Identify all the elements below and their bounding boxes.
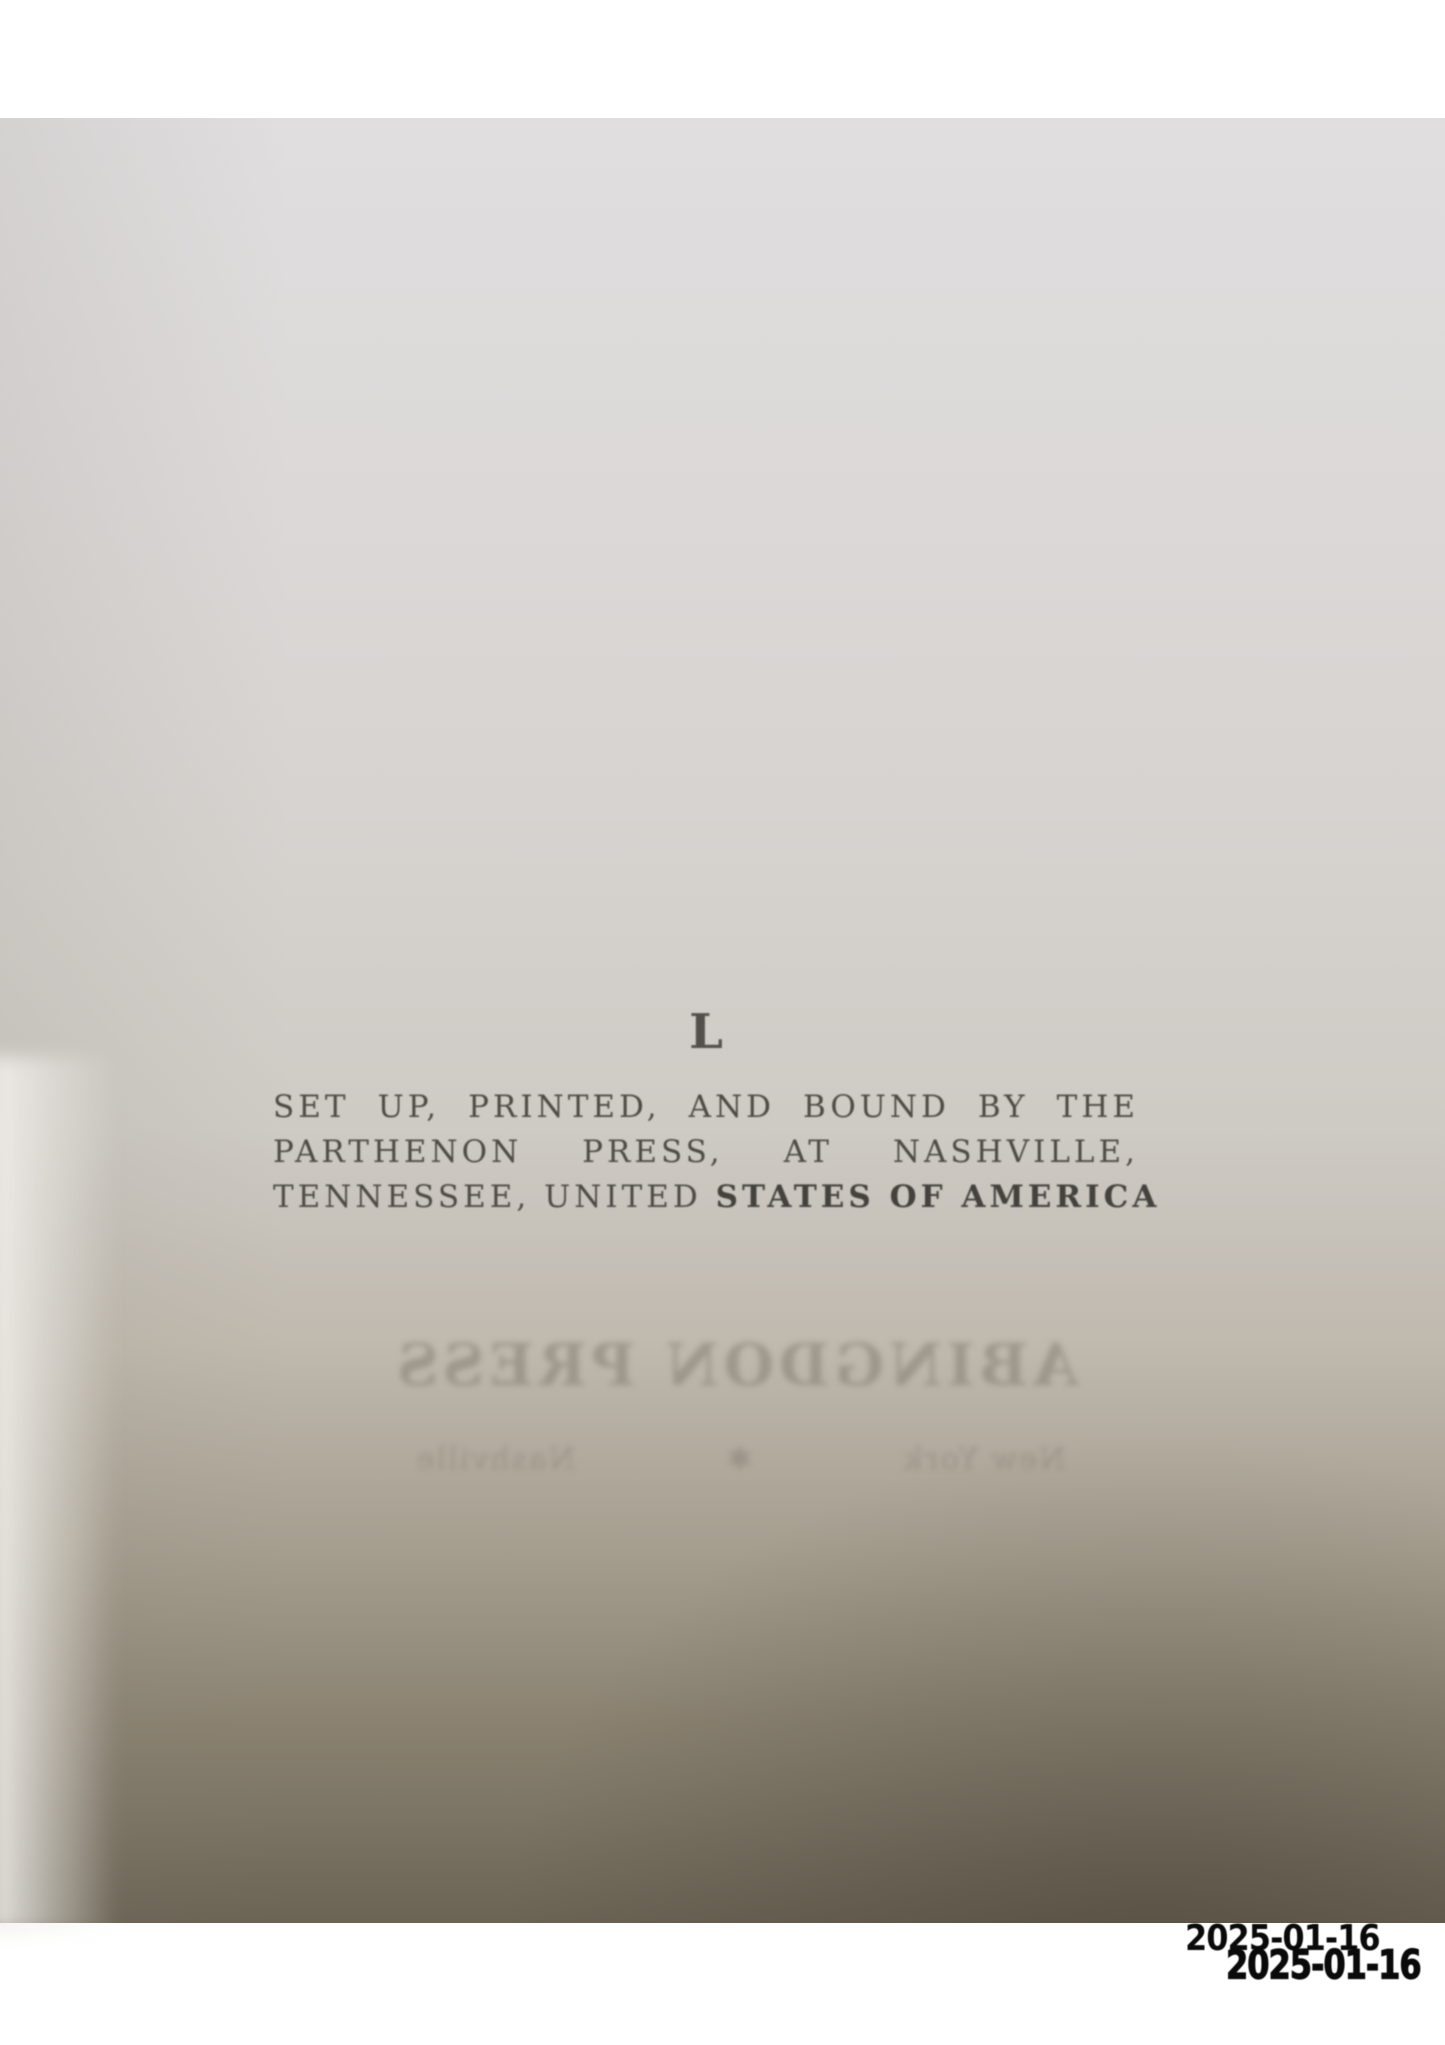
date-stamp-lower: 2025-01-16 [1226, 1941, 1421, 1989]
showthrough-city-left: New York [902, 1440, 1065, 1480]
showthrough-publisher-text: ABINGDON PRESS [290, 1330, 1180, 1400]
ornament-letter: L [273, 1008, 1139, 1056]
colophon-line-3: TENNESSEE, UNITED STATES OF AMERICA [273, 1175, 1139, 1220]
colophon-line-1: SET UP, PRINTED, AND BOUND BY THE [273, 1085, 1139, 1130]
colophon-line-3-bold: STATES OF AMERICA [716, 1179, 1161, 1215]
colophon-line-3-regular: TENNESSEE, UNITED [273, 1179, 716, 1215]
colophon-line-2: PARTHENON PRESS, AT NASHVILLE, [273, 1130, 1139, 1175]
page-edge-highlight [0, 1057, 118, 1933]
showthrough-cities-line: New York ✱ Nashville [290, 1440, 1190, 1480]
colophon-block: L SET UP, PRINTED, AND BOUND BY THE PART… [273, 1008, 1139, 1220]
showthrough-star-separator: ✱ [725, 1440, 752, 1480]
showthrough-city-right: Nashville [415, 1440, 575, 1480]
